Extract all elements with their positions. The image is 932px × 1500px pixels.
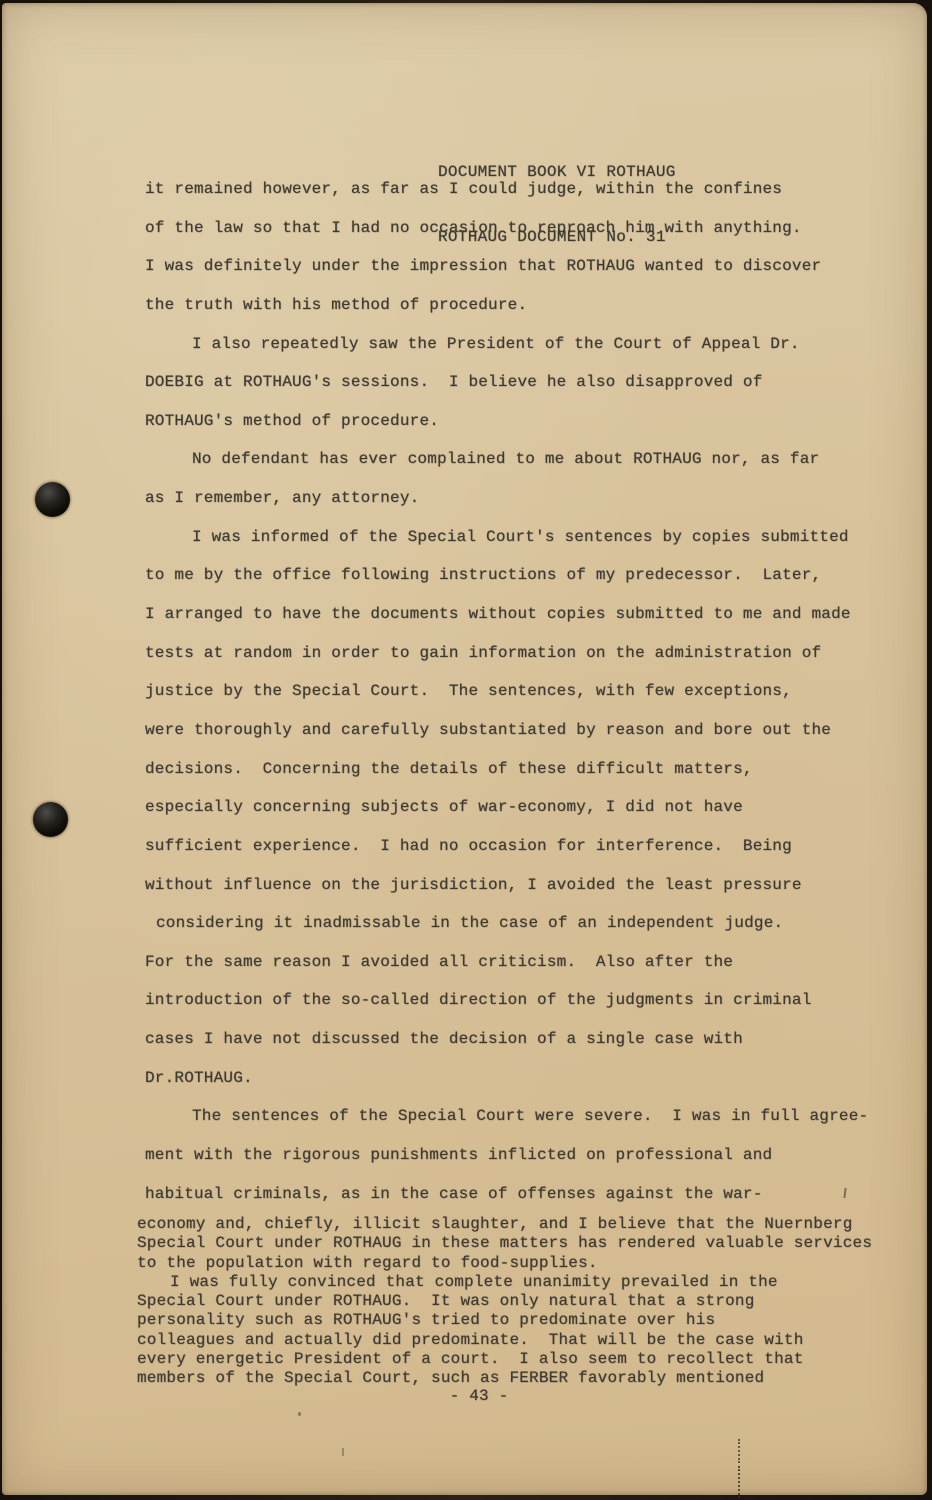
typed-line: to me by the office following instructio… [145,556,905,595]
typed-line: I was definitely under the impression th… [145,247,905,286]
stray-ink-mark [738,1439,740,1463]
affidavit-text-double-spaced: it remained however, as far as I could j… [145,170,905,1213]
typed-line: cases I have not discussed the decision … [145,1020,905,1059]
typed-line: decisions. Concerning the details of the… [145,750,905,789]
typed-line: The sentences of the Special Court were … [145,1097,905,1136]
typed-line: tests at random in order to gain informa… [145,634,905,673]
typed-line: habitual criminals, as in the case of of… [145,1175,905,1214]
typed-line: Special Court under ROTHAUG. It was only… [137,1292,917,1311]
typed-line: justice by the Special Court. The senten… [145,672,905,711]
typed-line: For the same reason I avoided all critic… [145,943,905,982]
typed-line: ment with the rigorous punishments infli… [145,1136,905,1175]
typed-line: it remained however, as far as I could j… [145,170,905,209]
document-page: DOCUMENT BOOK VI ROTHAUG ROTHAUG DOCUMEN… [2,3,927,1495]
stray-ink-mark [738,1466,740,1498]
typed-line: Dr.ROTHAUG. [145,1059,905,1098]
typed-line: I arranged to have the documents without… [145,595,905,634]
typed-line: ROTHAUG's method of procedure. [145,402,905,441]
affidavit-text-single-spaced: economy and, chiefly, illicit slaughter,… [137,1215,917,1389]
typed-line: every energetic President of a court. I … [137,1350,917,1369]
typed-line: personality such as ROTHAUG's tried to p… [137,1311,917,1330]
stray-ink-mark [342,1448,344,1456]
typed-line: colleagues and actually did predominate.… [137,1331,917,1350]
typed-line: as I remember, any attorney. [145,479,905,518]
typed-line: the truth with his method of procedure. [145,286,905,325]
punch-hole-bottom [33,802,68,837]
typed-line: of the law so that I had no occasion to … [145,209,905,248]
typed-line: were thoroughly and carefully substantia… [145,711,905,750]
scan-background: DOCUMENT BOOK VI ROTHAUG ROTHAUG DOCUMEN… [0,0,932,1500]
typed-line: No defendant has ever complained to me a… [145,440,905,479]
typed-line: I was informed of the Special Court's se… [145,518,905,557]
typed-line: especially concerning subjects of war-ec… [145,788,905,827]
typed-line: introduction of the so-called direction … [145,981,905,1020]
typed-line: DOEBIG at ROTHAUG's sessions. I believe … [145,363,905,402]
typed-line: to the population with regard to food-su… [137,1254,917,1273]
typed-line: sufficient experience. I had no occasion… [145,827,905,866]
typed-line: Special Court under ROTHAUG in these mat… [137,1234,917,1253]
typed-line: members of the Special Court, such as FE… [137,1369,917,1388]
punch-hole-top [35,482,70,517]
typed-line: considering it inadmissable in the case … [145,904,905,943]
typed-line: without influence on the jurisdiction, I… [145,866,905,905]
stray-ink-mark [298,1412,301,1416]
typed-line: economy and, chiefly, illicit slaughter,… [137,1215,917,1234]
typed-line: I also repeatedly saw the President of t… [145,325,905,364]
page-number: - 43 - [414,1387,544,1406]
typed-line: I was fully convinced that complete unan… [137,1273,917,1292]
